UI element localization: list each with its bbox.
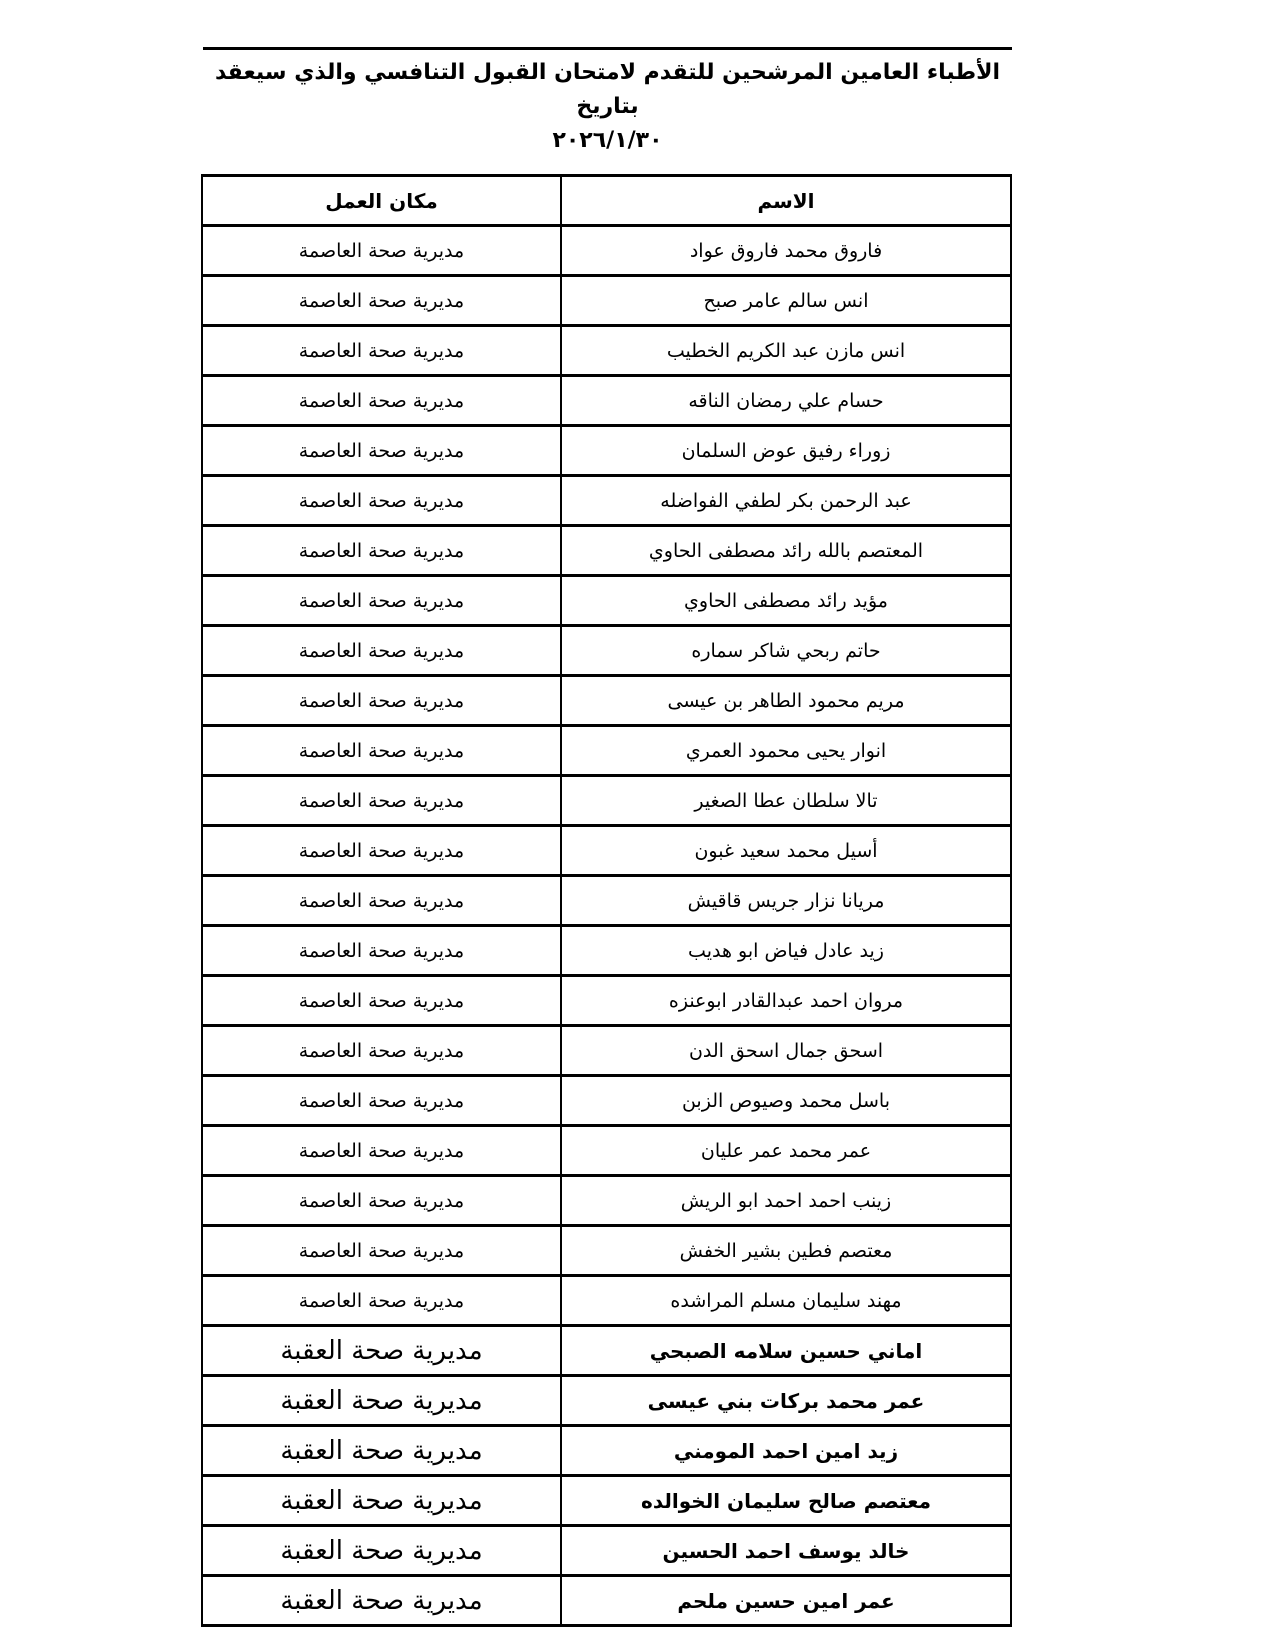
workplace: مديرية صحة العقبة	[202, 1326, 561, 1376]
candidate-name: زيد عادل فياض ابو هديب	[561, 926, 1011, 976]
candidate-name: حسام علي رمضان الناقه	[561, 376, 1011, 426]
candidate-name: اماني حسين سلامه الصبحي	[561, 1326, 1011, 1376]
workplace: مديرية صحة العاصمة	[202, 376, 561, 426]
table-row: مريم محمود الطاهر بن عيسىمديرية صحة العا…	[202, 676, 1011, 726]
table-header-row: الاسم مكان العمل	[202, 176, 1011, 226]
candidate-name: حاتم ربحي شاكر سماره	[561, 626, 1011, 676]
workplace: مديرية صحة العاصمة	[202, 626, 561, 676]
table-row: أسيل محمد سعيد غبونمديرية صحة العاصمة	[202, 826, 1011, 876]
workplace: مديرية صحة العقبة	[202, 1576, 561, 1626]
column-header-name: الاسم	[561, 176, 1011, 226]
table-row: معتصم فطين بشير الخفشمديرية صحة العاصمة	[202, 1226, 1011, 1276]
candidate-name: معتصم فطين بشير الخفش	[561, 1226, 1011, 1276]
table-row: تالا سلطان عطا الصغيرمديرية صحة العاصمة	[202, 776, 1011, 826]
table-row: زينب احمد احمد ابو الريشمديرية صحة العاص…	[202, 1176, 1011, 1226]
workplace: مديرية صحة العاصمة	[202, 276, 561, 326]
workplace: مديرية صحة العقبة	[202, 1376, 561, 1426]
candidate-name: فاروق محمد فاروق عواد	[561, 226, 1011, 276]
candidate-name: عمر امين حسين ملحم	[561, 1576, 1011, 1626]
candidate-name: مريم محمود الطاهر بن عيسى	[561, 676, 1011, 726]
workplace: مديرية صحة العاصمة	[202, 1026, 561, 1076]
candidate-name: انس مازن عبد الكريم الخطيب	[561, 326, 1011, 376]
candidate-name: زوراء رفيق عوض السلمان	[561, 426, 1011, 476]
table-row: معتصم صالح سليمان الخوالدهمديرية صحة الع…	[202, 1476, 1011, 1526]
table-row: انس مازن عبد الكريم الخطيبمديرية صحة الع…	[202, 326, 1011, 376]
candidate-name: أسيل محمد سعيد غبون	[561, 826, 1011, 876]
candidate-name: تالا سلطان عطا الصغير	[561, 776, 1011, 826]
workplace: مديرية صحة العاصمة	[202, 326, 561, 376]
workplace: مديرية صحة العاصمة	[202, 426, 561, 476]
workplace: مديرية صحة العاصمة	[202, 976, 561, 1026]
workplace: مديرية صحة العاصمة	[202, 1276, 561, 1326]
candidate-name: عبد الرحمن بكر لطفي الفواضله	[561, 476, 1011, 526]
candidate-name: عمر محمد بركات بني عيسى	[561, 1376, 1011, 1426]
workplace: مديرية صحة العاصمة	[202, 1076, 561, 1126]
candidate-name: انوار يحيى محمود العمري	[561, 726, 1011, 776]
workplace: مديرية صحة العاصمة	[202, 576, 561, 626]
workplace: مديرية صحة العاصمة	[202, 876, 561, 926]
workplace: مديرية صحة العاصمة	[202, 926, 561, 976]
candidate-name: انس سالم عامر صبح	[561, 276, 1011, 326]
candidate-name: المعتصم بالله رائد مصطفى الحاوي	[561, 526, 1011, 576]
candidate-name: معتصم صالح سليمان الخوالده	[561, 1476, 1011, 1526]
table-row: مروان احمد عبدالقادر ابوعنزهمديرية صحة ا…	[202, 976, 1011, 1026]
candidate-name: زينب احمد احمد ابو الريش	[561, 1176, 1011, 1226]
workplace: مديرية صحة العاصمة	[202, 1226, 561, 1276]
table-row: فاروق محمد فاروق عوادمديرية صحة العاصمة	[202, 226, 1011, 276]
table-row: عبد الرحمن بكر لطفي الفواضلهمديرية صحة ا…	[202, 476, 1011, 526]
table-row: عمر محمد بركات بني عيسىمديرية صحة العقبة	[202, 1376, 1011, 1426]
workplace: مديرية صحة العاصمة	[202, 476, 561, 526]
exam-date: ٢٠٢٦/١/٣٠	[203, 124, 1012, 158]
table-row: زيد امين احمد المومنيمديرية صحة العقبة	[202, 1426, 1011, 1476]
column-header-workplace: مكان العمل	[202, 176, 561, 226]
table-row: مؤيد رائد مصطفى الحاويمديرية صحة العاصمة	[202, 576, 1011, 626]
workplace: مديرية صحة العاصمة	[202, 776, 561, 826]
workplace: مديرية صحة العاصمة	[202, 826, 561, 876]
document-title: الأطباء العامين المرشحين للتقدم لامتحان …	[203, 56, 1012, 158]
workplace: مديرية صحة العقبة	[202, 1526, 561, 1576]
title-top-rule	[203, 47, 1012, 50]
candidate-name: اسحق جمال اسحق الدن	[561, 1026, 1011, 1076]
candidates-table: الاسم مكان العمل فاروق محمد فاروق عوادمد…	[201, 174, 1012, 1627]
workplace: مديرية صحة العاصمة	[202, 676, 561, 726]
candidate-name: خالد يوسف احمد الحسين	[561, 1526, 1011, 1576]
table-row: حاتم ربحي شاكر سمارهمديرية صحة العاصمة	[202, 626, 1011, 676]
table-row: اسحق جمال اسحق الدنمديرية صحة العاصمة	[202, 1026, 1011, 1076]
table-row: زيد عادل فياض ابو هديبمديرية صحة العاصمة	[202, 926, 1011, 976]
candidate-name: عمر محمد عمر عليان	[561, 1126, 1011, 1176]
workplace: مديرية صحة العاصمة	[202, 1126, 561, 1176]
document-page: الأطباء العامين المرشحين للتقدم لامتحان …	[0, 0, 1275, 1650]
document-title-text: الأطباء العامين المرشحين للتقدم لامتحان …	[215, 60, 1000, 119]
table-row: خالد يوسف احمد الحسينمديرية صحة العقبة	[202, 1526, 1011, 1576]
candidate-name: مهند سليمان مسلم المراشده	[561, 1276, 1011, 1326]
workplace: مديرية صحة العاصمة	[202, 526, 561, 576]
candidate-name: باسل محمد وصيوص الزبن	[561, 1076, 1011, 1126]
candidate-name: مريانا نزار جريس قاقيش	[561, 876, 1011, 926]
table-row: زوراء رفيق عوض السلمانمديرية صحة العاصمة	[202, 426, 1011, 476]
table-row: المعتصم بالله رائد مصطفى الحاويمديرية صح…	[202, 526, 1011, 576]
table-row: اماني حسين سلامه الصبحيمديرية صحة العقبة	[202, 1326, 1011, 1376]
table-row: باسل محمد وصيوص الزبنمديرية صحة العاصمة	[202, 1076, 1011, 1126]
table-row: انس سالم عامر صبحمديرية صحة العاصمة	[202, 276, 1011, 326]
workplace: مديرية صحة العاصمة	[202, 726, 561, 776]
table-row: عمر امين حسين ملحممديرية صحة العقبة	[202, 1576, 1011, 1626]
candidate-name: زيد امين احمد المومني	[561, 1426, 1011, 1476]
table-row: حسام علي رمضان الناقهمديرية صحة العاصمة	[202, 376, 1011, 426]
table-body: فاروق محمد فاروق عوادمديرية صحة العاصمةا…	[202, 226, 1011, 1626]
workplace: مديرية صحة العاصمة	[202, 1176, 561, 1226]
table-row: مريانا نزار جريس قاقيشمديرية صحة العاصمة	[202, 876, 1011, 926]
candidate-name: مؤيد رائد مصطفى الحاوي	[561, 576, 1011, 626]
document-content: الأطباء العامين المرشحين للتقدم لامتحان …	[203, 0, 1012, 1627]
workplace: مديرية صحة العقبة	[202, 1476, 561, 1526]
workplace: مديرية صحة العاصمة	[202, 226, 561, 276]
table-row: مهند سليمان مسلم المراشدهمديرية صحة العا…	[202, 1276, 1011, 1326]
table-row: انوار يحيى محمود العمريمديرية صحة العاصم…	[202, 726, 1011, 776]
table-row: عمر محمد عمر عليانمديرية صحة العاصمة	[202, 1126, 1011, 1176]
candidate-name: مروان احمد عبدالقادر ابوعنزه	[561, 976, 1011, 1026]
workplace: مديرية صحة العقبة	[202, 1426, 561, 1476]
